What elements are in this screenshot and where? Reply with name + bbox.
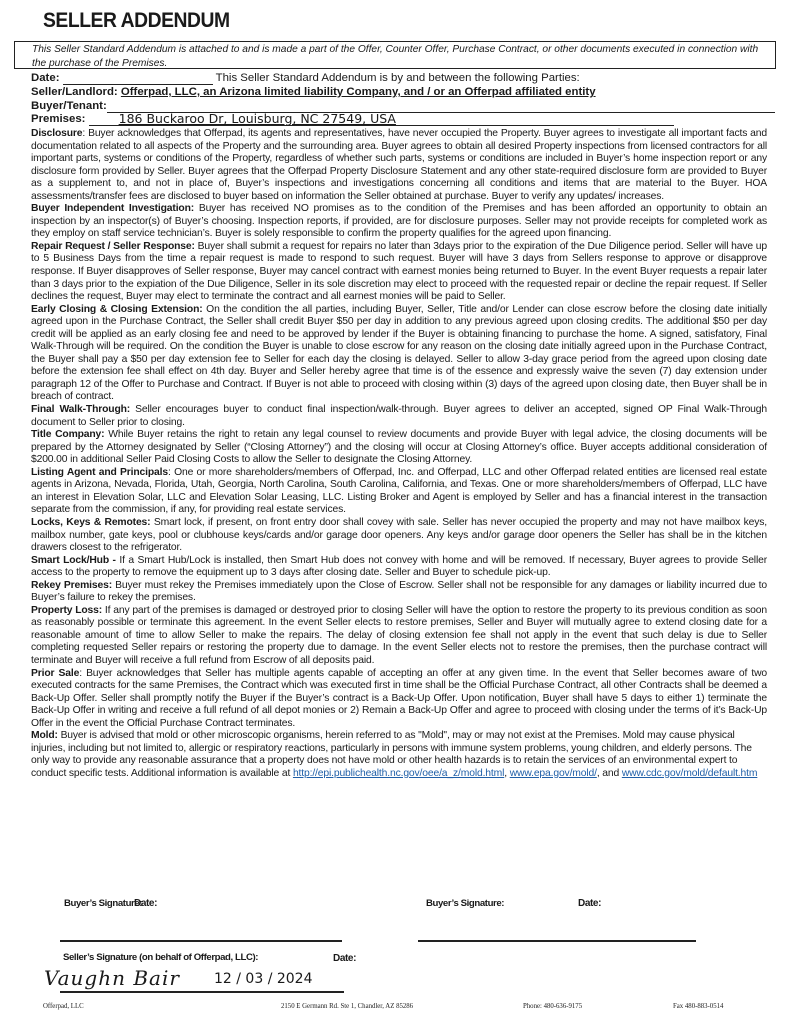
section-final-walk-through: Final Walk-Through: Seller encourages bu…: [31, 404, 767, 429]
link-epa-mold[interactable]: www.epa.gov/mold/: [510, 768, 597, 779]
section-title-company: Title Company: While Buyer retains the r…: [31, 429, 767, 467]
seller-date-label: Date:: [333, 953, 356, 964]
buyer2-date-label: Date:: [578, 898, 601, 909]
section-property-loss: Property Loss: If any part of the premis…: [31, 605, 767, 668]
seller-signature-line: [60, 991, 344, 993]
parties-intro-text: This Seller Standard Addendum is by and …: [216, 72, 580, 84]
seller-label: Seller/Landlord:: [31, 86, 118, 98]
seller-signature: Vaughn Bair: [44, 966, 180, 990]
section-prior-sale: Prior Sale: Buyer acknowledges that Sell…: [31, 668, 767, 731]
section-repair-request: Repair Request / Seller Response: Buyer …: [31, 241, 767, 304]
intro-statement: This Seller Standard Addendum is attache…: [32, 44, 758, 69]
section-smart-lock: Smart Lock/Hub - If a Smart Hub/Lock is …: [31, 555, 767, 580]
seller-addendum-page: SELLER ADDENDUM This Seller Standard Add…: [0, 0, 791, 1024]
premises-field[interactable]: 186 Buckaroo Dr, Louisburg, NC 27549, US…: [89, 112, 674, 126]
seller-signature-label: Seller’s Signature (on behalf of Offerpa…: [63, 952, 258, 963]
buyer1-signature-line[interactable]: [60, 940, 342, 942]
buyer2-signature-label: Buyer’s Signature:: [426, 898, 504, 909]
section-mold: Mold: Buyer is advised that mold or othe…: [31, 730, 767, 780]
section-buyer-independent-investigation: Buyer Independent Investigation: Buyer h…: [31, 203, 767, 241]
footer-phone: Phone: 480-636-9175: [523, 1003, 582, 1010]
footer-address: 2150 E Germann Rd. Ste 1, Chandler, AZ 8…: [281, 1003, 413, 1010]
buyer1-signature-label: Buyer’s Signature:: [64, 898, 142, 909]
section-listing-agent: Listing Agent and Principals: One or mor…: [31, 467, 767, 517]
date-field[interactable]: [63, 73, 213, 85]
link-nc-mold[interactable]: http://epi.publichealth.nc.gov/oee/a_z/m…: [293, 768, 504, 779]
section-locks-keys: Locks, Keys & Remotes: Smart lock, if pr…: [31, 517, 767, 555]
link-cdc-mold[interactable]: www.cdc.gov/mold/default.htm: [622, 768, 758, 779]
section-rekey: Rekey Premises: Buyer must rekey the Pre…: [31, 580, 767, 605]
addendum-body: Disclosure: Buyer acknowledges that Offe…: [31, 128, 767, 780]
document-title: SELLER ADDENDUM: [43, 9, 230, 33]
footer-fax: Fax 480-883-0514: [673, 1003, 723, 1010]
section-disclosure: Disclosure: Buyer acknowledges that Offe…: [31, 128, 767, 203]
seller-date-value: 12 / 03 / 2024: [214, 971, 313, 987]
seller-value: Offerpad, LLC, an Arizona limited liabil…: [121, 86, 596, 98]
buyer2-signature-line[interactable]: [418, 940, 696, 942]
footer-company: Offerpad, LLC: [43, 1003, 84, 1010]
premises-label: Premises:: [31, 113, 85, 125]
seller-row: Seller/Landlord: Offerpad, LLC, an Arizo…: [31, 86, 596, 99]
buyer-label: Buyer/Tenant:: [31, 100, 107, 112]
intro-statement-box: This Seller Standard Addendum is attache…: [14, 41, 776, 69]
buyer1-date-label: Date:: [134, 898, 157, 909]
section-early-closing: Early Closing & Closing Extension: On th…: [31, 304, 767, 404]
premises-row: Premises: 186 Buckaroo Dr, Louisburg, NC…: [31, 112, 674, 126]
date-row: Date: This Seller Standard Addendum is b…: [31, 72, 580, 85]
date-label: Date:: [31, 72, 59, 84]
